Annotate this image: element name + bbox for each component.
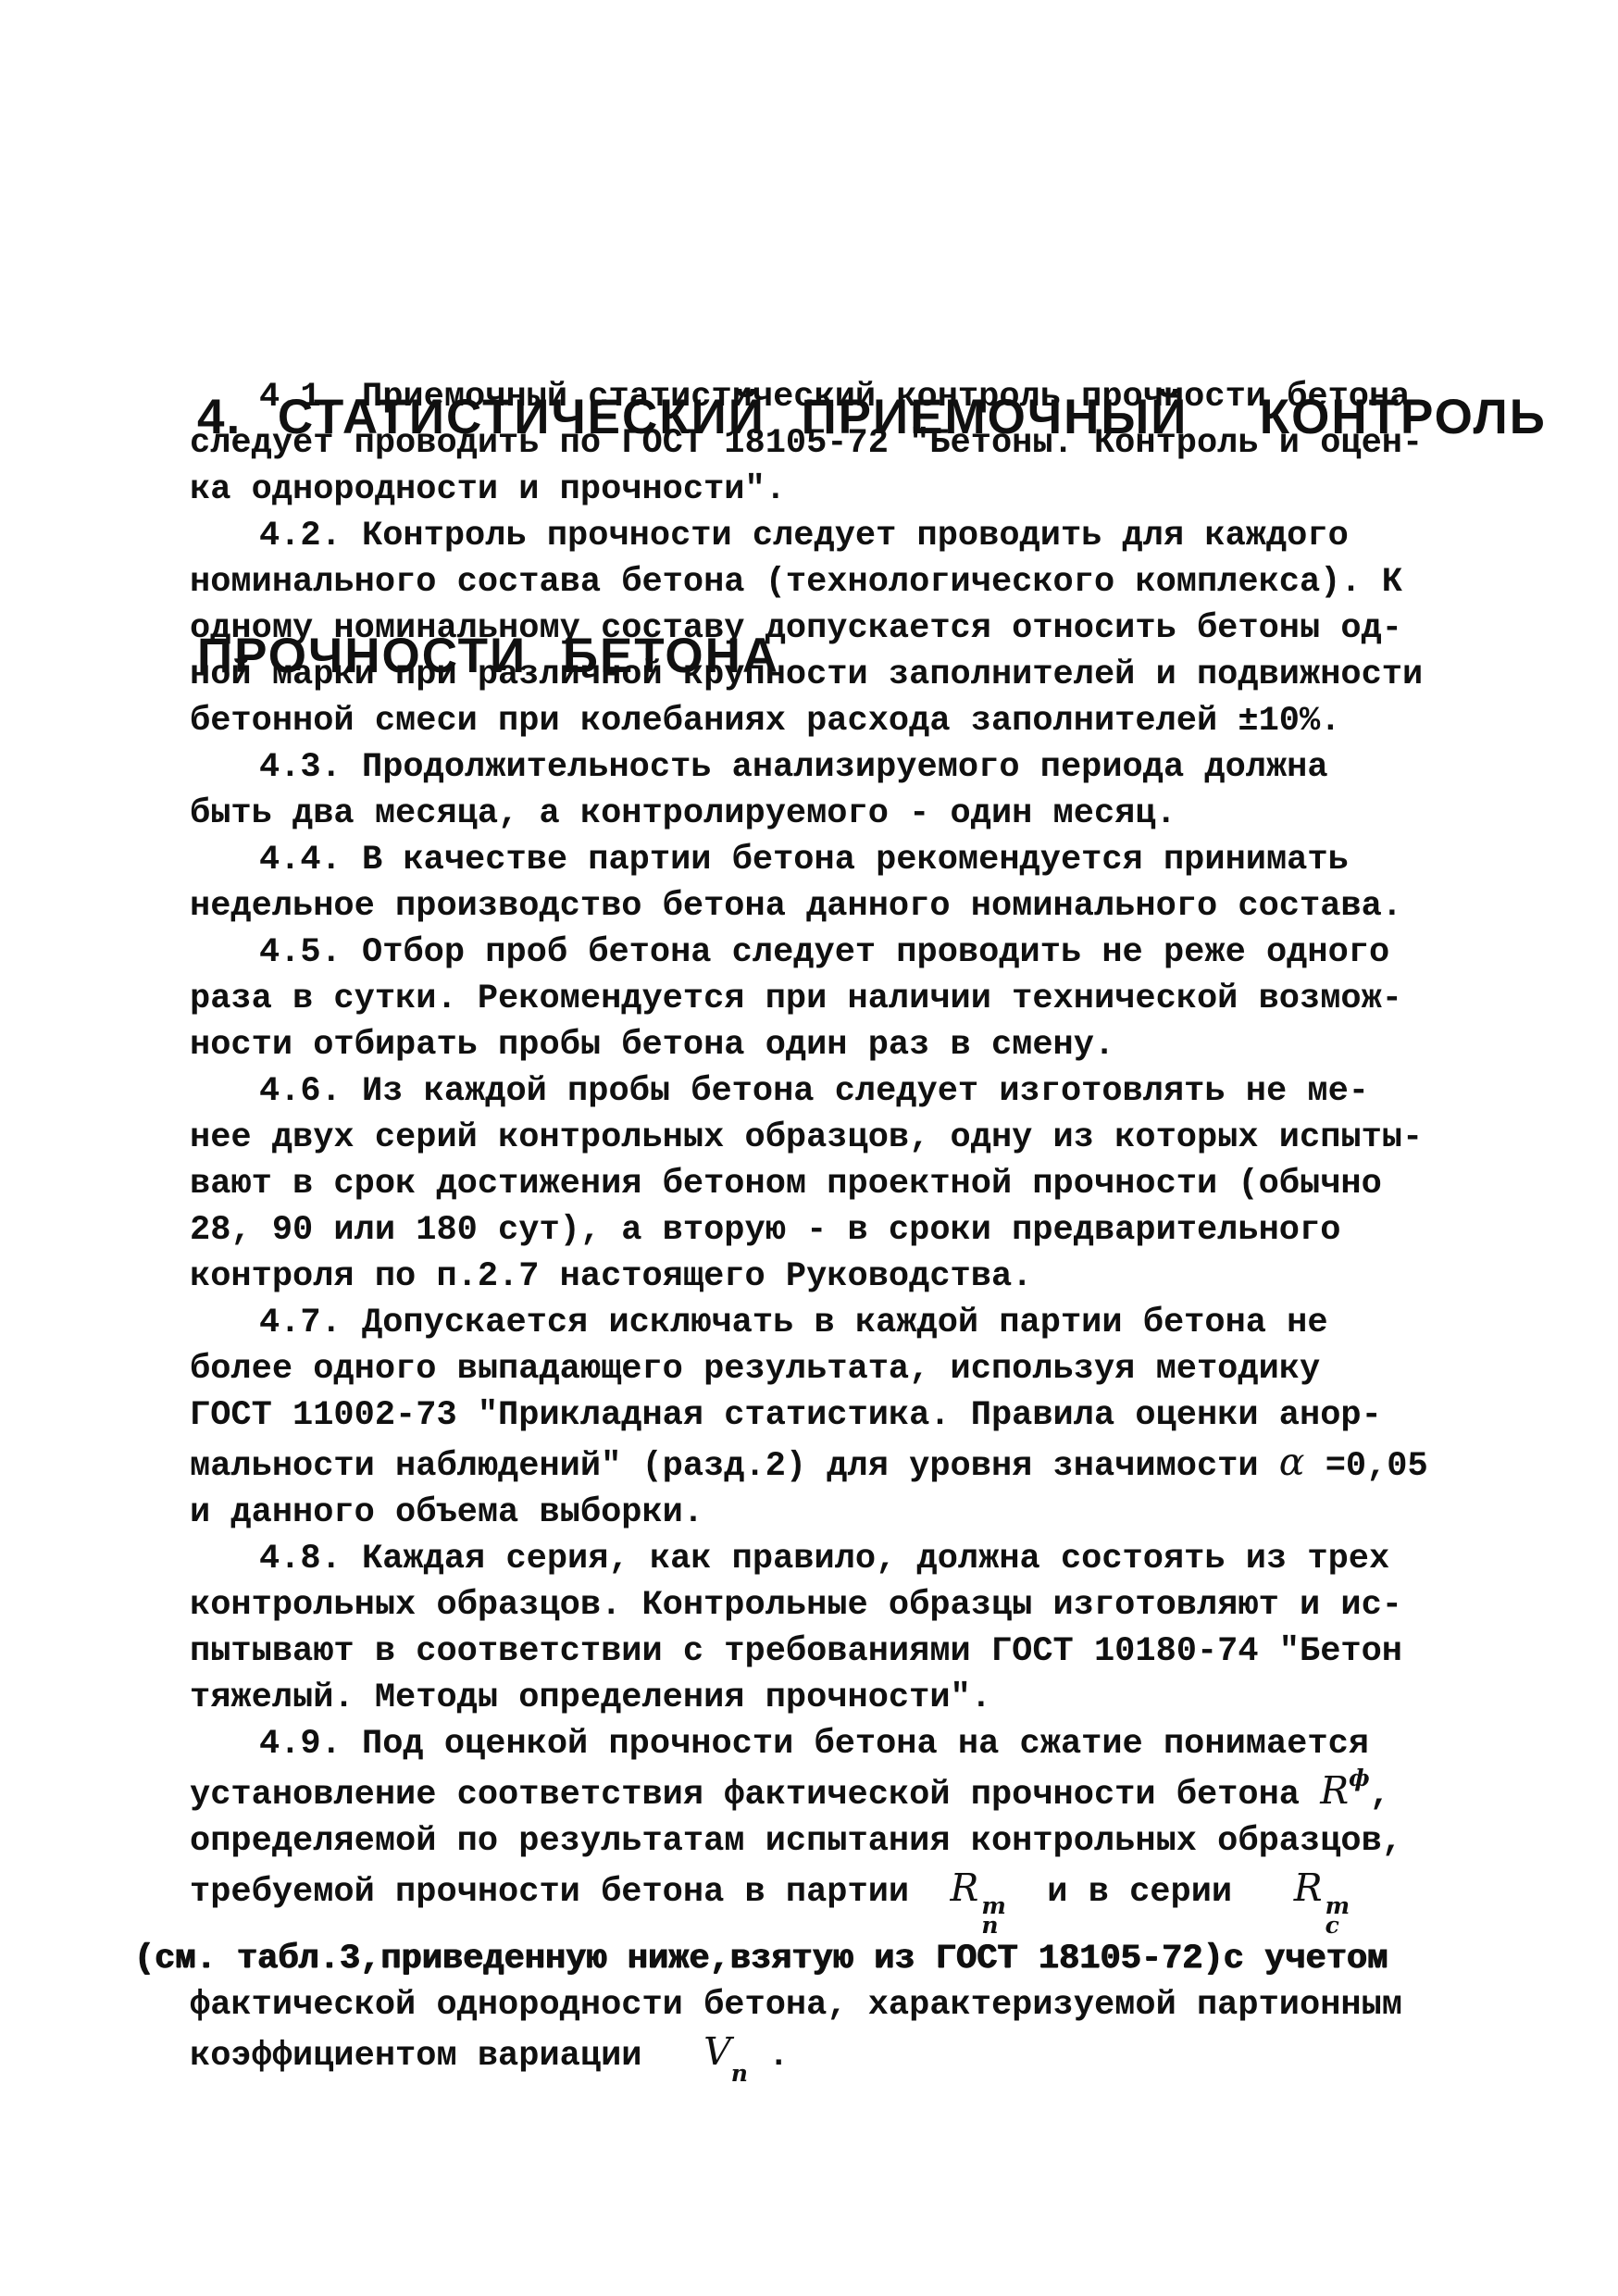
formula-variable: R [951, 1865, 979, 1910]
text-line: 4.2. Контроль прочности следует проводит… [190, 513, 1504, 559]
text-line: быть два месяца, а контролируемого - оди… [190, 791, 1504, 837]
text-line: определяемой по результатам испытания ко… [190, 1818, 1504, 1865]
text-line: недельное производство бетона данного но… [190, 883, 1504, 930]
text-line: требуемой прочности бетона в партии Rтп … [190, 1865, 1504, 1936]
text-line: контроля по п.2.7 настоящего Руководства… [190, 1254, 1504, 1300]
paragraph-4.5: 4.5. Отбор проб бетона следует проводить… [190, 930, 1504, 1068]
text-line: и данного объема выборки. [190, 1490, 1504, 1536]
text-line: ка однородности и прочности". [190, 467, 1504, 513]
text-line: 4.7. Допускается исключать в каждой парт… [190, 1300, 1504, 1346]
text-line: установление соответствия фактической пр… [190, 1767, 1504, 1818]
text-line: 4.8. Каждая серия, как правило, должна с… [190, 1536, 1504, 1582]
formula-variable: R [1294, 1865, 1323, 1910]
text-line: 4.9. Под оценкой прочности бетона на сжа… [190, 1721, 1504, 1767]
text-line: 4.3. Продолжительность анализируемого пе… [190, 744, 1504, 791]
text-line: контрольных образцов. Контрольные образц… [190, 1582, 1504, 1628]
text-line: 28, 90 или 180 сут), а вторую - в сроки … [190, 1207, 1504, 1254]
text-line: фактической однородности бетона, характе… [190, 1982, 1504, 2028]
text-line: вают в срок достижения бетоном проектной… [190, 1161, 1504, 1207]
text-line: следует проводить по ГОСТ 18105-72 "Бето… [190, 420, 1504, 467]
formula-variable: α [1279, 1440, 1305, 1484]
text-line: бетонной смеси при колебаниях расхода за… [190, 698, 1504, 744]
text-line: ной марки при различной крупности заполн… [190, 652, 1504, 698]
paragraph-4.3: 4.3. Продолжительность анализируемого пе… [190, 744, 1504, 837]
formula-sup-sub: тс [1326, 1896, 1350, 1936]
text-line: 4.5. Отбор проб бетона следует проводить… [190, 930, 1504, 976]
text-line: 4.1. Приемочный статистический контроль … [190, 374, 1504, 420]
text-line: номинального состава бетона (технологиче… [190, 559, 1504, 605]
text-line: 4.6. Из каждой пробы бетона следует изго… [190, 1068, 1504, 1115]
paragraph-4.1: 4.1. Приемочный статистический контроль … [190, 374, 1504, 513]
text-line: пытывают в соответствии с требованиями Г… [190, 1628, 1504, 1675]
text-line: 4.4. В качестве партии бетона рекомендуе… [190, 837, 1504, 883]
text-line: коэффициентом вариации Vп . [190, 2028, 1504, 2079]
paragraph-4.6: 4.6. Из каждой пробы бетона следует изго… [190, 1068, 1504, 1300]
paragraph-4.4: 4.4. В качестве партии бетона рекомендуе… [190, 837, 1504, 930]
text-line: раза в сутки. Рекомендуется при наличии … [190, 976, 1504, 1022]
paragraph-4.9: 4.9. Под оценкой прочности бетона на сжа… [190, 1721, 1504, 2079]
text-line: мальности наблюдений" (разд.2) для уровн… [190, 1439, 1504, 1490]
formula-variable: R [1320, 1768, 1349, 1813]
paragraph-4.8: 4.8. Каждая серия, как правило, должна с… [190, 1536, 1504, 1721]
paragraph-4.2: 4.2. Контроль прочности следует проводит… [190, 513, 1504, 744]
text-line: одному номинальному составу допускается … [190, 605, 1504, 652]
text-line: более одного выпадающего результата, исп… [190, 1346, 1504, 1392]
text-line: ГОСТ 11002-73 "Прикладная статистика. Пр… [190, 1392, 1504, 1439]
formula-variable: V [703, 2029, 731, 2074]
text-line: ности отбирать пробы бетона один раз в с… [190, 1022, 1504, 1068]
document-body: 4.1. Приемочный статистический контроль … [190, 374, 1504, 2079]
text-line: нее двух серий контрольных образцов, одн… [190, 1115, 1504, 1161]
scanned-document-page: 4. СТАТИСТИЧЕСКИЙ ПРИЕМОЧНЫЙ КОНТРОЛЬ ПР… [0, 0, 1618, 2296]
formula-sup-sub: тп [981, 1896, 1005, 1936]
paragraph-4.7: 4.7. Допускается исключать в каждой парт… [190, 1300, 1504, 1536]
text-line: (см. табл.3,приведенную ниже,взятую из Г… [134, 1936, 1504, 1982]
text-line: тяжелый. Методы определения прочности". [190, 1675, 1504, 1721]
